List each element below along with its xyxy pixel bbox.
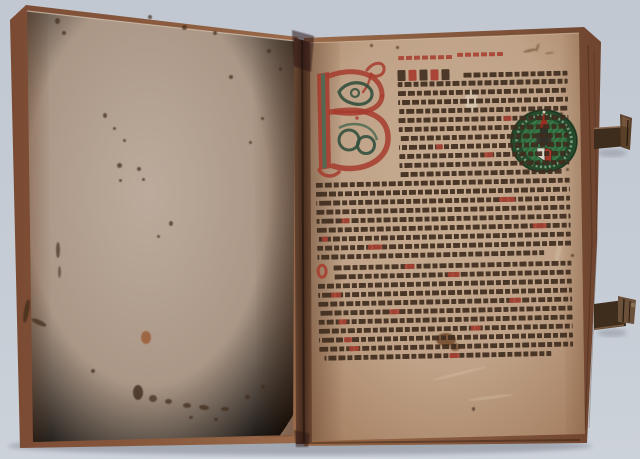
text-line — [316, 214, 570, 224]
red-word — [449, 352, 459, 357]
text-line — [317, 232, 571, 242]
red-word — [344, 337, 352, 342]
red-word — [436, 144, 443, 149]
text-line — [319, 315, 573, 325]
red-word — [322, 236, 328, 241]
text-line — [318, 288, 572, 298]
rubric-segment — [457, 52, 503, 56]
red-word — [504, 115, 512, 120]
text-line — [316, 187, 570, 197]
capital-letter — [430, 69, 438, 80]
capital-letter — [397, 70, 405, 81]
text-line — [398, 115, 568, 123]
text-line — [398, 106, 568, 114]
text-line — [399, 160, 569, 168]
red-word — [405, 263, 415, 268]
red-word — [484, 152, 493, 157]
drop-cap — [316, 264, 327, 279]
text-line — [333, 261, 571, 270]
red-word — [331, 292, 341, 297]
text-line — [399, 151, 569, 159]
text-line — [317, 241, 571, 251]
text-line — [316, 178, 570, 188]
red-word — [368, 244, 382, 249]
text-line — [398, 97, 568, 105]
text-line — [461, 71, 567, 78]
text-line — [316, 205, 570, 215]
text-line — [399, 142, 569, 150]
text-line — [319, 324, 573, 334]
capital-letter — [441, 69, 449, 80]
red-word — [339, 319, 347, 324]
text-line — [318, 306, 572, 316]
text-line — [318, 279, 572, 289]
red-word — [533, 223, 547, 228]
red-word — [499, 196, 515, 201]
text-line — [398, 88, 568, 96]
red-word — [390, 309, 400, 314]
clasp-lower — [594, 296, 636, 330]
capital-letter — [419, 70, 427, 81]
text-line — [399, 133, 569, 141]
text-line — [399, 124, 569, 132]
red-word — [350, 346, 360, 351]
text-line — [324, 351, 551, 360]
text-line — [319, 333, 573, 343]
red-word — [509, 297, 521, 302]
red-word — [448, 271, 460, 276]
text-line — [400, 169, 563, 177]
red-word — [342, 218, 350, 223]
clasp-upper — [594, 114, 632, 150]
red-word — [471, 325, 481, 330]
manuscript-photo — [0, 0, 640, 459]
text-line — [334, 270, 572, 279]
text-line — [317, 250, 544, 259]
capital-letter — [408, 70, 416, 81]
text-line — [316, 196, 570, 206]
text-block — [309, 46, 580, 369]
text-line — [318, 297, 572, 307]
text-line — [319, 342, 573, 352]
text-line — [317, 223, 571, 233]
rubric-segment — [398, 55, 452, 60]
